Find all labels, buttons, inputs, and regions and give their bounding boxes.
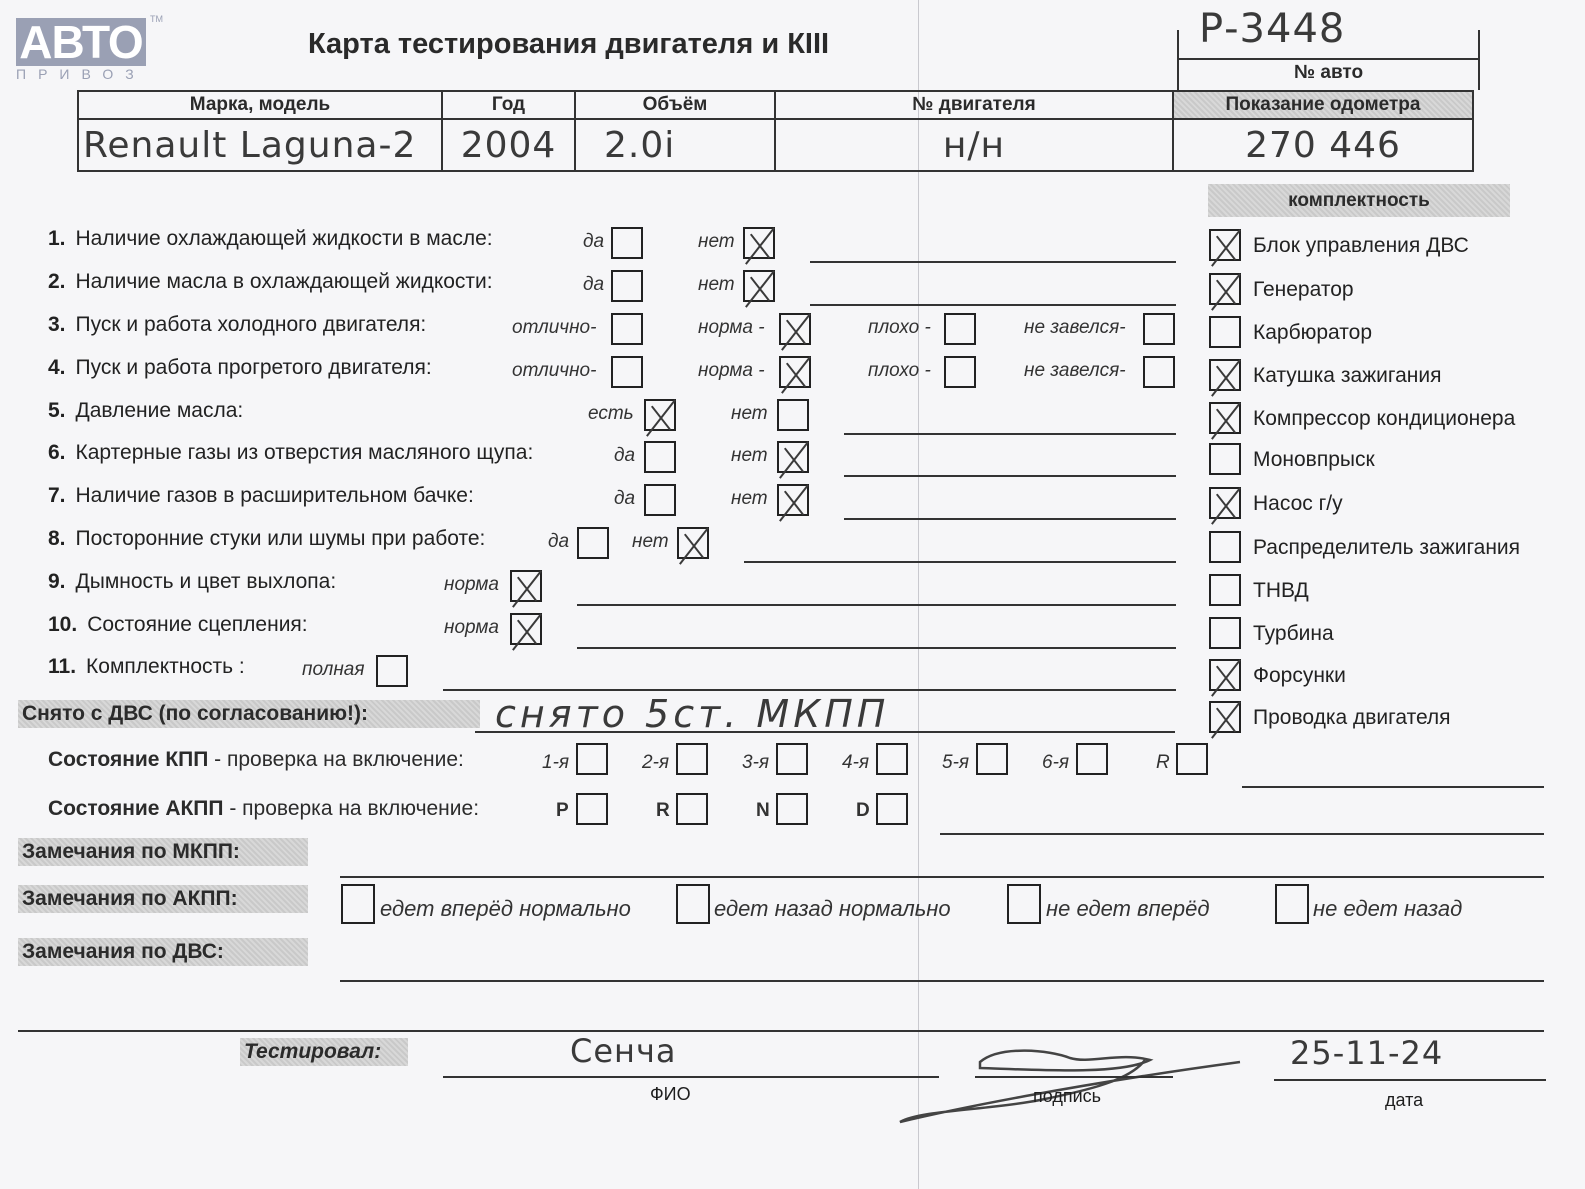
question-text: Комплектность : <box>86 655 245 678</box>
checkbox-1-2[interactable] <box>743 227 775 259</box>
answer-line[interactable] <box>744 561 1176 563</box>
option-label: норма <box>444 617 499 639</box>
checkbox-10-1[interactable] <box>510 613 542 645</box>
question-number: 3. <box>48 313 66 337</box>
option-label: да <box>583 274 604 296</box>
kpp-gear-checkbox[interactable] <box>676 743 708 775</box>
remarks-dvs-label: Замечания по ДВС: <box>18 938 308 966</box>
remarks-mkpp-label: Замечания по МКПП: <box>18 838 308 866</box>
checkbox-7-1[interactable] <box>644 484 676 516</box>
vehicle-table: Марка, модель Год Объём № двигателя Пока… <box>77 90 1474 172</box>
kpp-gear-checkbox[interactable] <box>776 743 808 775</box>
name-caption: ФИО <box>650 1084 691 1105</box>
kpp-underline <box>1242 786 1544 788</box>
option-label: не завелся- <box>1024 317 1126 339</box>
checkbox-7-2[interactable] <box>777 484 809 516</box>
col-year: Год <box>442 91 575 119</box>
kit-checkbox[interactable] <box>1209 531 1241 563</box>
question-text: Посторонние стуки или шумы при работе: <box>76 527 486 550</box>
akpp-label: Состояние АКПП - проверка на включение: <box>48 797 479 821</box>
akpp-remark-label: едет назад нормально <box>714 896 951 922</box>
name-line <box>443 1076 939 1078</box>
akpp-remark-label: не едет назад <box>1313 896 1462 922</box>
kpp-gear-checkbox[interactable] <box>876 743 908 775</box>
checkbox-11-1[interactable] <box>376 655 408 687</box>
checkbox-2-1[interactable] <box>611 270 643 302</box>
remarks-dvs-line[interactable] <box>340 980 1544 982</box>
kit-item-label: Проводка двигателя <box>1253 706 1451 730</box>
kpp-gear-label: 5-я <box>942 752 969 774</box>
question-3: 3.Пуск и работа холодного двигателя: <box>48 313 426 337</box>
kit-item-label: Катушка зажигания <box>1253 364 1441 388</box>
question-6: 6.Картерные газы из отверстия масляного … <box>48 441 533 465</box>
akpp-remark-checkbox[interactable] <box>1275 884 1309 924</box>
akpp-remark-label: едет вперёд нормально <box>380 896 631 922</box>
answer-line[interactable] <box>810 304 1176 306</box>
kit-item-label: Генератор <box>1253 278 1354 302</box>
question-text: Наличие газов в расширительном бачке: <box>76 484 474 507</box>
page-title: Карта тестирования двигателя и КIII <box>308 28 829 61</box>
kit-item-label: Турбина <box>1253 622 1334 646</box>
answer-line[interactable] <box>844 433 1176 435</box>
col-engine-number: № двигателя <box>775 91 1173 119</box>
col-volume: Объём <box>575 91 775 119</box>
kit-checkbox[interactable] <box>1209 574 1241 606</box>
akpp-remark-label: не едет вперёд <box>1046 896 1210 922</box>
option-label: отлично- <box>512 360 596 382</box>
tester-name[interactable]: Сенча <box>570 1032 676 1070</box>
kit-checkbox[interactable] <box>1209 402 1241 434</box>
divider <box>18 1030 1544 1032</box>
option-label: отлично- <box>512 317 596 339</box>
checkbox-6-2[interactable] <box>777 441 809 473</box>
question-number: 9. <box>48 570 66 594</box>
checkbox-1-1[interactable] <box>611 227 643 259</box>
answer-line[interactable] <box>577 647 1176 649</box>
akpp-gear-checkbox[interactable] <box>876 793 908 825</box>
option-label: норма - <box>698 360 765 382</box>
akpp-underline <box>940 833 1544 835</box>
question-number: 8. <box>48 527 66 551</box>
question-2: 2.Наличие масла в охлаждающей жидкости: <box>48 270 493 294</box>
checkbox-3-3[interactable] <box>944 313 976 345</box>
signature[interactable] <box>890 1030 1250 1130</box>
option-label: норма - <box>698 317 765 339</box>
option-label: да <box>583 231 604 253</box>
auto-number-box: Р-3448 № авто <box>1177 30 1480 90</box>
kit-checkbox[interactable] <box>1209 316 1241 348</box>
checkbox-9-1[interactable] <box>510 570 542 602</box>
option-label: нет <box>731 445 768 467</box>
checkbox-8-2[interactable] <box>677 527 709 559</box>
answer-line[interactable] <box>577 604 1176 606</box>
kit-item-label: Блок управления ДВС <box>1253 234 1469 258</box>
option-label: нет <box>632 531 669 553</box>
signature-line <box>975 1076 1173 1078</box>
akpp-gear-checkbox[interactable] <box>576 793 608 825</box>
option-label: норма <box>444 574 499 596</box>
question-text: Состояние сцепления: <box>87 613 307 636</box>
question-text: Пуск и работа прогретого двигателя: <box>76 356 432 379</box>
checkbox-5-2[interactable] <box>777 399 809 431</box>
removed-underline <box>475 731 1175 733</box>
option-label: плохо - <box>868 360 931 382</box>
checkbox-8-1[interactable] <box>577 527 609 559</box>
kpp-gear-checkbox[interactable] <box>576 743 608 775</box>
akpp-gear-label: D <box>856 800 870 822</box>
question-number: 1. <box>48 227 66 251</box>
option-label: полная <box>302 659 365 681</box>
answer-line[interactable] <box>844 518 1176 520</box>
option-label: не завелся- <box>1024 360 1126 382</box>
option-label: да <box>614 445 635 467</box>
kit-item-label: Карбюратор <box>1253 321 1372 345</box>
kit-item-label: ТНВД <box>1253 579 1309 603</box>
remarks-mkpp-line[interactable] <box>340 876 1544 878</box>
checkbox-4-4[interactable] <box>1143 356 1175 388</box>
question-5: 5.Давление масла: <box>48 399 243 423</box>
akpp-remark-checkbox[interactable] <box>341 884 375 924</box>
question-11: 11.Комплектность : <box>48 655 245 679</box>
question-number: 10. <box>48 613 77 637</box>
akpp-gear-label: N <box>756 800 770 822</box>
kpp-label: Состояние КПП - проверка на включение: <box>48 748 464 772</box>
question-10: 10.Состояние сцепления: <box>48 613 308 637</box>
kit-checkbox[interactable] <box>1209 273 1241 305</box>
kit-item-label: Форсунки <box>1253 664 1346 688</box>
question-text: Дымность и цвет выхлопа: <box>76 570 337 593</box>
kit-checkbox[interactable] <box>1209 617 1241 649</box>
date-line <box>1274 1079 1546 1081</box>
logo: АВТО <box>16 18 146 66</box>
akpp-gear-checkbox[interactable] <box>776 793 808 825</box>
question-text: Давление масла: <box>76 399 244 422</box>
question-number: 11. <box>48 655 76 679</box>
signature-caption: подпись <box>1033 1086 1101 1107</box>
kpp-gear-label: 6-я <box>1042 752 1069 774</box>
akpp-remark-checkbox[interactable] <box>1007 884 1041 924</box>
answer-line[interactable] <box>844 475 1176 477</box>
question-4: 4.Пуск и работа прогретого двигателя: <box>48 356 432 380</box>
question-1: 1.Наличие охлаждающей жидкости в масле: <box>48 227 493 251</box>
logo-brand: АВТО <box>19 16 142 68</box>
checkbox-4-3[interactable] <box>944 356 976 388</box>
question-number: 7. <box>48 484 66 508</box>
auto-number-value[interactable]: Р-3448 <box>1199 6 1345 52</box>
question-7: 7.Наличие газов в расширительном бачке: <box>48 484 474 508</box>
akpp-remark-checkbox[interactable] <box>676 884 710 924</box>
kit-checkbox[interactable] <box>1209 701 1241 733</box>
auto-number-label: № авто <box>1179 62 1478 84</box>
option-label: нет <box>698 231 735 253</box>
remarks-akpp-label: Замечания по АКПП: <box>18 885 308 913</box>
logo-tm: TM <box>150 14 163 24</box>
question-text: Наличие охлаждающей жидкости в масле: <box>76 227 493 250</box>
year-value[interactable]: 2004 <box>442 119 575 171</box>
kit-checkbox[interactable] <box>1209 487 1241 519</box>
kit-checkbox[interactable] <box>1209 443 1241 475</box>
logo-subtitle: ПРИВОЗ <box>16 66 146 82</box>
checkbox-6-1[interactable] <box>644 441 676 473</box>
volume-value[interactable]: 2.0i <box>575 119 775 171</box>
test-date[interactable]: 25-11-24 <box>1290 1034 1443 1072</box>
kpp-gear-label: 3-я <box>742 752 769 774</box>
akpp-gear-label: P <box>556 800 569 822</box>
make-value[interactable]: Renault Laguna-2 <box>78 119 442 171</box>
question-number: 2. <box>48 270 66 294</box>
checkbox-5-1[interactable] <box>644 399 676 431</box>
kit-checkbox[interactable] <box>1209 659 1241 691</box>
kit-checkbox[interactable] <box>1209 229 1241 261</box>
answer-line[interactable] <box>443 689 1176 691</box>
engine-number-value[interactable]: н/н <box>775 119 1173 171</box>
col-make: Марка, модель <box>78 91 442 119</box>
kpp-gear-checkbox[interactable] <box>1076 743 1108 775</box>
checkbox-3-4[interactable] <box>1143 313 1175 345</box>
option-label: нет <box>731 488 768 510</box>
date-caption: дата <box>1385 1090 1423 1111</box>
kit-item-label: Моновпрыск <box>1253 448 1375 472</box>
removed-value[interactable]: снято 5ст. МКПП <box>495 692 889 736</box>
kpp-gear-checkbox[interactable] <box>1176 743 1208 775</box>
option-label: да <box>614 488 635 510</box>
kpp-gear-label: R <box>1156 752 1170 774</box>
checkbox-2-2[interactable] <box>743 270 775 302</box>
kpp-gear-checkbox[interactable] <box>976 743 1008 775</box>
question-number: 5. <box>48 399 66 423</box>
kit-heading: комплектность <box>1208 184 1510 217</box>
checkbox-4-2[interactable] <box>779 356 811 388</box>
kit-item-label: Насос г/у <box>1253 492 1343 516</box>
checkbox-3-2[interactable] <box>779 313 811 345</box>
checkbox-4-1[interactable] <box>611 356 643 388</box>
question-8: 8.Посторонние стуки или шумы при работе: <box>48 527 485 551</box>
option-label: есть <box>588 403 634 425</box>
paper-fold <box>918 0 919 1189</box>
kit-item-label: Распределитель зажигания <box>1253 536 1520 560</box>
akpp-gear-checkbox[interactable] <box>676 793 708 825</box>
question-text: Пуск и работа холодного двигателя: <box>76 313 427 336</box>
question-text: Наличие масла в охлаждающей жидкости: <box>76 270 493 293</box>
odometer-value[interactable]: 270 446 <box>1173 119 1473 171</box>
question-number: 4. <box>48 356 66 380</box>
checkbox-3-1[interactable] <box>611 313 643 345</box>
option-label: плохо - <box>868 317 931 339</box>
question-text: Картерные газы из отверстия масляного щу… <box>76 441 534 464</box>
answer-line[interactable] <box>810 261 1176 263</box>
kpp-gear-label: 4-я <box>842 752 869 774</box>
kit-checkbox[interactable] <box>1209 359 1241 391</box>
option-label: нет <box>698 274 735 296</box>
kpp-gear-label: 2-я <box>642 752 669 774</box>
option-label: нет <box>731 403 768 425</box>
question-number: 6. <box>48 441 66 465</box>
col-odometer: Показание одометра <box>1173 91 1473 119</box>
removed-label: Снято с ДВС (по согласованию!): <box>18 700 480 728</box>
option-label: да <box>548 531 569 553</box>
kpp-gear-label: 1-я <box>542 752 569 774</box>
akpp-gear-label: R <box>656 800 670 822</box>
tested-label: Тестировал: <box>240 1038 408 1066</box>
question-9: 9.Дымность и цвет выхлопа: <box>48 570 336 594</box>
kit-item-label: Компрессор кондиционера <box>1253 407 1515 431</box>
